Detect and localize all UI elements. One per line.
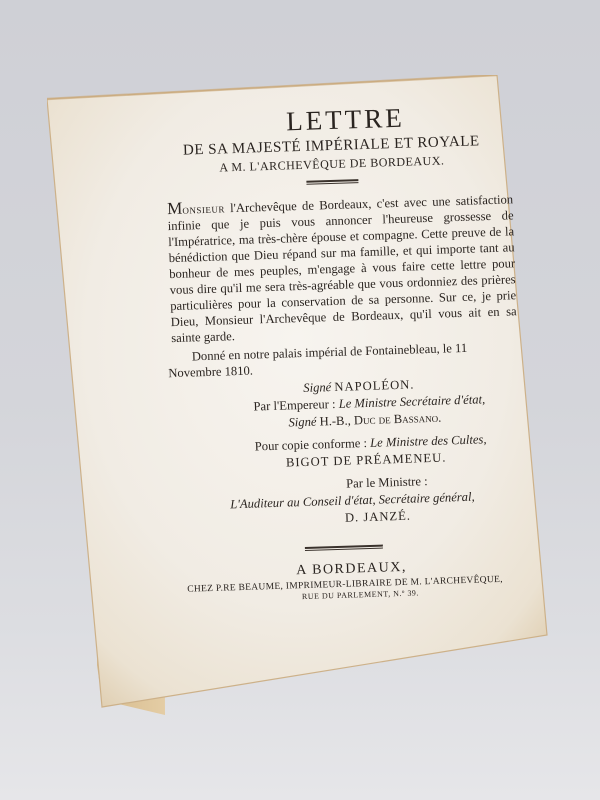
hb-signed-label: Signé xyxy=(288,415,316,430)
letter-text: LETTRE DE SA MAJESTÉ IMPÉRIALE ET ROYALE… xyxy=(150,99,525,605)
signed-label: Signé xyxy=(303,380,331,395)
copy-label: Pour copie conforme : xyxy=(255,436,368,454)
copy-title: Le Ministre des Cultes, xyxy=(370,432,487,450)
photo-scene: LETTRE DE SA MAJESTÉ IMPÉRIALE ET ROYALE… xyxy=(0,0,600,800)
salutation: onsieur xyxy=(182,201,225,216)
hb-title: Duc de Bassano. xyxy=(354,411,442,428)
ornamental-rule xyxy=(306,179,358,185)
hb-name: H.-B., xyxy=(319,414,351,429)
ornamental-rule-bottom xyxy=(305,545,383,551)
by-emperor-title: Le Ministre Secrétaire d'état, xyxy=(338,392,485,411)
by-emperor-label: Par l'Empereur : xyxy=(253,397,335,414)
given-at-line: Donné en notre palais impérial de Fontai… xyxy=(180,338,519,381)
drop-cap: M xyxy=(167,199,183,218)
napoleon-name: NAPOLÉON. xyxy=(334,377,414,394)
letter-body: Monsieur l'Archevêque de Bordeaux, c'est… xyxy=(167,190,517,346)
